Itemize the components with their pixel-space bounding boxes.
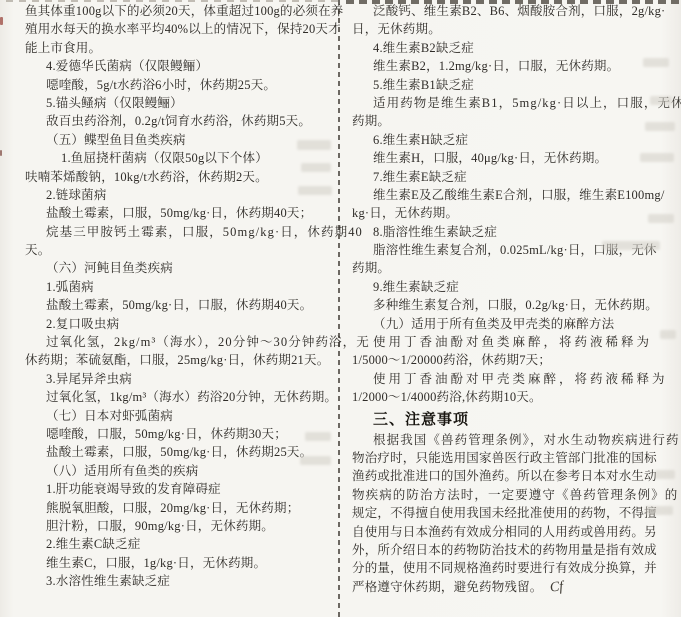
text-line: 维生素E及乙酸维生素E合剂，口服，维生素E100mg/ bbox=[352, 186, 667, 204]
text-line: 呋喃苯烯酸钠，10kg/t水药浴，休药期2天。 bbox=[25, 168, 333, 186]
bleed-through-artifact bbox=[297, 140, 331, 150]
text-line: 1.弧菌病 bbox=[25, 278, 333, 296]
bleed-through-artifact bbox=[300, 456, 331, 465]
text-line: 休药期；苯硫氨酯，口服，25mg/kg·日，休药期21天。 bbox=[25, 351, 333, 369]
text-line: 盐酸土霉素，口服，50mg/kg·日，休药期40天； bbox=[25, 204, 333, 222]
right-column: 泛酸钙、维生素B2、B6、烟酸胺合剂，口服，2g/kg·日，无休药期。4.维生素… bbox=[352, 2, 667, 596]
text-line: 维生素H，口服，40μg/kg·日，无休药期。 bbox=[352, 149, 667, 167]
text-line: 天。 bbox=[25, 241, 333, 259]
text-line: 盐酸土霉素，口服，50mg/kg·日，休药期25天。 bbox=[25, 443, 333, 461]
text-line: 2.维生素C缺乏症 bbox=[25, 535, 333, 553]
text-line: 维生素C，口服，1g/kg·日，无休药期。 bbox=[25, 554, 333, 572]
text-line: 5.锚头鳋病（仅限鳗鲡） bbox=[25, 94, 333, 112]
bleed-through-artifact bbox=[650, 96, 672, 105]
text-line: 泛酸钙、维生素B2、B6、烟酸胺合剂，口服，2g/kg· bbox=[352, 2, 667, 20]
text-line: 噁喹酸，5g/t水药浴6小时，休药期25天。 bbox=[25, 76, 333, 94]
text-line: 使用丁香油酚对甲壳类麻醉，将药液稀释为 bbox=[352, 370, 667, 388]
text-line: 烷基三甲胺钙土霉素，口服，50mg/kg·日，休药期40 bbox=[25, 223, 333, 241]
text-line: 适用药物是维生素B1，5mg/kg·日以上，口服，无休 bbox=[352, 94, 667, 112]
end-of-article-ornament-icon: Cf bbox=[549, 578, 564, 598]
bleed-through-artifact bbox=[655, 470, 675, 479]
text-line: 过氧化氢，2kg/m³（海水），20分钟～30分钟药浴，无 bbox=[25, 333, 333, 351]
scan-artifact bbox=[0, 150, 2, 156]
bleed-through-artifact bbox=[643, 58, 669, 67]
text-line: 渔药或批准进口的国外渔药。所以在参考日本对水生动 bbox=[352, 467, 667, 485]
text-line: 1/2000～1/4000药浴,休药期10天。 bbox=[352, 388, 667, 406]
text-line: 能上市食用。 bbox=[25, 39, 333, 57]
text-line: 严格遵守休药期，避免药物残留。Cf bbox=[352, 578, 667, 596]
bleed-through-artifact bbox=[645, 506, 673, 515]
bleed-through-artifact bbox=[648, 214, 674, 223]
text-line: （七）日本对虾弧菌病 bbox=[25, 407, 333, 425]
text-line: （五）鲽型鱼目鱼类疾病 bbox=[25, 131, 333, 149]
text-line: 过氧化氢，1kg/m³（海水）药浴20分钟，无休药期。 bbox=[25, 388, 333, 406]
text-line: 殖用水每天的换水率平均40%以上的情况下，保持20天才 bbox=[25, 20, 333, 38]
text-line: 自使用与日本渔药有效成分相同的人用药或兽用药。另 bbox=[352, 523, 667, 541]
section-heading: 三、注意事项 bbox=[352, 407, 667, 431]
text-line: 根据我国《兽药管理条例》，对水生动物疾病进行药 bbox=[352, 431, 667, 449]
text-line: 6.维生素H缺乏症 bbox=[352, 131, 667, 149]
text-line: 2.复口吸虫病 bbox=[25, 315, 333, 333]
text-line: 规定，不得擅自使用我国未经批准使用的药物，不得擅 bbox=[352, 504, 667, 522]
text-line: （六）河鲀目鱼类疾病 bbox=[25, 259, 333, 277]
text-line: 使用丁香油酚对鱼类麻醉，将药液稀释为 bbox=[352, 333, 667, 351]
text-line: 盐酸土霉素，50mg/kg·日，口服，休药期40天。 bbox=[25, 296, 333, 314]
text-line: 3.水溶性维生素缺乏症 bbox=[25, 572, 333, 590]
text-line: 胆汁粉，口服，90mg/kg·日，无休药期。 bbox=[25, 517, 333, 535]
bleed-through-artifact bbox=[640, 153, 674, 162]
text-line: 熊脱氧胆酸，口服，20mg/kg·日，无休药期； bbox=[25, 499, 333, 517]
text-line: 噁喹酸，口服，50mg/kg·日，休药期30天； bbox=[25, 425, 333, 443]
text-line: 4.爱德华氏菌病（仅限鳗鲡） bbox=[25, 57, 333, 75]
text-line: 5.维生素B1缺乏症 bbox=[352, 76, 667, 94]
scan-artifact bbox=[0, 17, 3, 25]
bleed-through-artifact bbox=[301, 163, 331, 172]
text-line: 1.鱼屈挠杆菌病（仅限50g以下个体） bbox=[25, 149, 333, 167]
bleed-through-artifact bbox=[602, 241, 660, 250]
text-line: 敌百虫药浴剂，0.2g/t饲育水药浴，休药期5天。 bbox=[25, 112, 333, 130]
text-line: （九）适用于所有鱼类及甲壳类的麻醉方法 bbox=[352, 315, 667, 333]
scanned-page: 鱼其体重100g以下的必须20天，体重超过100g的必须在养殖用水每天的换水率平… bbox=[0, 0, 681, 617]
text-line: 1/5000～1/20000药浴，休药期7天； bbox=[352, 351, 667, 369]
text-line: 鱼其体重100g以下的必须20天，体重超过100g的必须在养 bbox=[25, 2, 333, 20]
bleed-through-artifact bbox=[645, 122, 675, 131]
text-line: 3.异尾异斧虫病 bbox=[25, 370, 333, 388]
left-column: 鱼其体重100g以下的必须20天，体重超过100g的必须在养殖用水每天的换水率平… bbox=[25, 2, 333, 591]
bleed-through-artifact bbox=[305, 432, 331, 441]
text-line: 维生素B2，1.2mg/kg·日，口服，无休药期。 bbox=[352, 57, 667, 75]
column-divider bbox=[338, 0, 340, 617]
text-line: 物治疗时，只能选用国家兽医行政主管部门批准的国标 bbox=[352, 449, 667, 467]
bleed-through-artifact bbox=[298, 186, 332, 195]
text-line: 药期。 bbox=[352, 259, 667, 277]
text-line: 1.肝功能衰竭导致的发育障碍症 bbox=[25, 480, 333, 498]
text-line: 4.维生素B2缺乏症 bbox=[352, 39, 667, 57]
text-line: 8.脂溶性维生素缺乏症 bbox=[352, 223, 667, 241]
text-line: 分的量，使用不同规格渔药时要进行有效成分换算，并 bbox=[352, 559, 667, 577]
text-line: 物疾病的防治方法时，一定要遵守《兽药管理条例》的 bbox=[352, 486, 667, 504]
text-line: 日，无休药期。 bbox=[352, 20, 667, 38]
text-line: 药期。 bbox=[352, 112, 667, 130]
text-line: 7.维生素E缺乏症 bbox=[352, 168, 667, 186]
text-line: 9.维生素缺乏症 bbox=[352, 278, 667, 296]
text-line: 外，所介绍日本的药物防治技术的药物用量是指有效成 bbox=[352, 541, 667, 559]
text-line: 2.链球菌病 bbox=[25, 186, 333, 204]
text-line: （八）适用所有鱼类的疾病 bbox=[25, 462, 333, 480]
text-line: 多种维生素复合剂，口服，0.2g/kg·日，无休药期。 bbox=[352, 296, 667, 314]
text-line: kg·日，无休药期。 bbox=[352, 204, 667, 222]
bleed-through-artifact bbox=[660, 330, 676, 339]
